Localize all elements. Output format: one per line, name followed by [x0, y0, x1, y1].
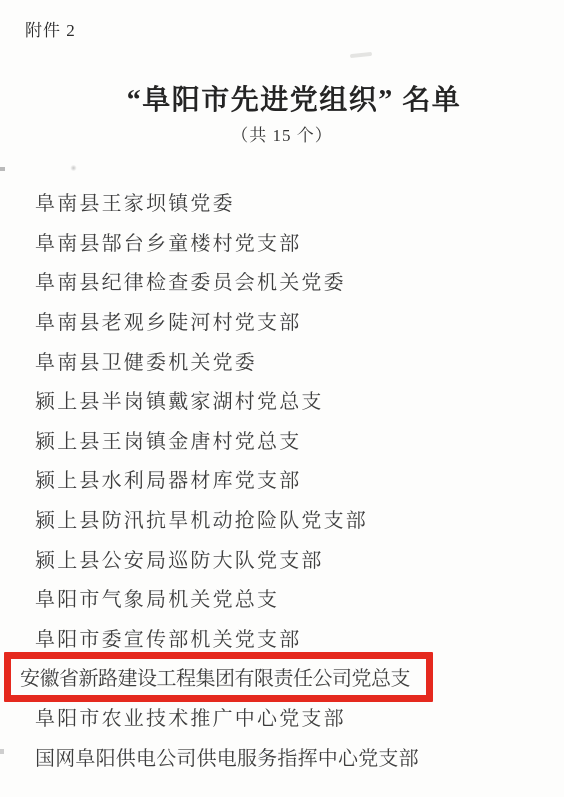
list-item: 国网阜阳供电公司供电服务指挥中心党支部: [35, 736, 564, 776]
list-item-text: 颍上县水利局器材库党支部: [35, 464, 301, 493]
list-item: 阜阳市气象局机关党总支: [35, 578, 564, 618]
list-item-text: 颍上县半岗镇戴家湖村党总支: [35, 385, 324, 414]
list-item: 阜阳市农业技术推广中心党支部: [35, 697, 564, 737]
document-page: 附件 2 “阜阳市先进党组织” 名单 （共 15 个） 阜南县王家坝镇党委 阜南…: [0, 0, 564, 797]
list-item-text: 安徽省新路建设工程集团有限责任公司党总支: [20, 662, 410, 691]
list-item-text: 阜阳市委宣传部机关党支部: [35, 623, 301, 652]
list-item-text: 颍上县公安局巡防大队党支部: [35, 544, 324, 573]
scan-artifact: [350, 52, 372, 58]
organization-list: 阜南县王家坝镇党委 阜南县郜台乡童楼村党支部 阜南县纪律检查委员会机关党委 阜南…: [35, 182, 564, 776]
list-item: 阜南县王家坝镇党委: [35, 182, 564, 222]
list-item-text: 阜南县老观乡陡河村党支部: [35, 306, 301, 335]
list-item-text: 阜阳市气象局机关党总支: [35, 583, 279, 612]
list-item-text: 阜南县郜台乡童楼村党支部: [35, 227, 301, 256]
list-item-text: 国网阜阳供电公司供电服务指挥中心党支部: [35, 742, 419, 771]
attachment-label: 附件 2: [25, 16, 76, 41]
list-item: 颍上县王岗镇金唐村党总支: [35, 420, 564, 460]
scan-artifact: [0, 167, 5, 171]
scan-artifact: [0, 749, 4, 754]
list-item-text: 阜南县王家坝镇党委: [35, 187, 235, 216]
list-item: 颍上县防汛抗旱机动抢险队党支部: [35, 499, 564, 539]
list-item-text: 阜阳市农业技术推广中心党支部: [35, 702, 346, 731]
list-item-text: 阜南县卫健委机关党委: [35, 346, 257, 375]
list-item: 颍上县水利局器材库党支部: [35, 459, 564, 499]
list-item: 阜南县老观乡陡河村党支部: [35, 301, 564, 341]
list-item: 安徽省新路建设工程集团有限责任公司党总支: [35, 657, 564, 697]
list-item: 阜南县卫健委机关党委: [35, 340, 564, 380]
list-item: 阜南县郜台乡童楼村党支部: [35, 222, 564, 262]
document-title: “阜阳市先进党组织” 名单: [12, 78, 564, 118]
scan-artifact: [70, 165, 77, 171]
list-item: 阜阳市委宣传部机关党支部: [35, 618, 564, 658]
count-note: （共 15 个）: [0, 121, 564, 146]
list-item: 阜南县纪律检查委员会机关党委: [35, 261, 564, 301]
list-item: 颍上县半岗镇戴家湖村党总支: [35, 380, 564, 420]
list-item-text: 颍上县王岗镇金唐村党总支: [35, 425, 301, 454]
list-item-text: 颍上县防汛抗旱机动抢险队党支部: [35, 504, 368, 533]
list-item-text: 阜南县纪律检查委员会机关党委: [35, 266, 346, 295]
list-item: 颍上县公安局巡防大队党支部: [35, 538, 564, 578]
